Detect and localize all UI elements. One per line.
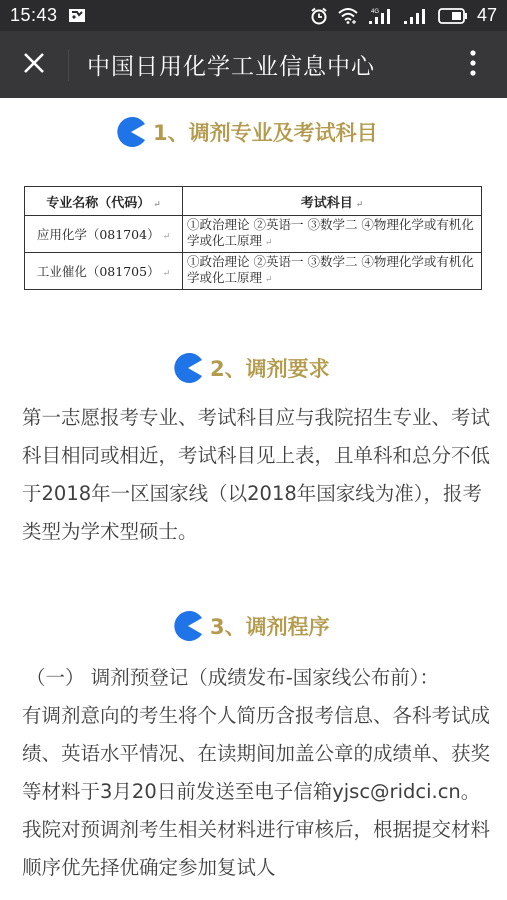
close-icon [23,52,45,78]
table-cell-major: 工业催化（081705）↵ [25,253,183,290]
exam-subjects-table: 专业名称（代码）↵ 考试科目↵ 应用化学（081704）↵ ①政治理论 ②英语一… [24,186,482,290]
procedure-subheading: （一） 调剂预登记（成绩发布-国家线公布前）： [26,659,494,697]
signal-icon [403,7,429,25]
status-time: 15:43 [10,5,58,26]
table-row: 应用化学（081704）↵ ①政治理论 ②英语一 ③数学二 ④物理化学或有机化学… [25,216,482,253]
table-header-exams: 考试科目↵ [183,187,482,216]
wifi-icon [337,7,359,24]
status-bar: 15:43 4G 47 [0,0,507,31]
table-cell-major: 应用化学（081704）↵ [25,216,183,253]
requirements-paragraph: 第一志愿报考专业、考试科目应与我院招生专业、考试科目相同或相近，考试科目见上表，… [22,399,490,551]
svg-text:4G: 4G [371,9,379,15]
table-cell-exams: ①政治理论 ②英语一 ③数学二 ④物理化学或有机化学或化工原理↵ [183,216,482,253]
section-heading-text: 2、调剂要求 [210,353,330,383]
table-cell-exams: ①政治理论 ②英语一 ③数学二 ④物理化学或有机化学或化工原理↵ [183,253,482,290]
table-header-row: 专业名称（代码）↵ 考试科目↵ [25,187,482,216]
image-notification-icon [68,8,86,23]
table-row: 工业催化（081705）↵ ①政治理论 ②英语一 ③数学二 ④物理化学或有机化学… [25,253,482,290]
page-title: 中国日用化学工业信息中心 [69,48,439,81]
procedure-paragraph: 有调剂意向的考生将个人简历含报考信息、各科考试成绩、英语水平情况、在读期间加盖公… [22,697,490,887]
section-heading-2: 2、调剂要求 [172,352,330,384]
signal-4g-icon: 4G [368,7,394,25]
pacman-bullet-icon [172,610,204,642]
section-heading-text: 1、调剂专业及考试科目 [153,117,378,147]
pacman-bullet-icon [115,116,147,148]
close-button[interactable] [0,31,68,98]
alarm-icon [310,7,328,25]
more-vertical-icon [469,50,477,80]
battery-level: 47 [477,5,497,26]
table-header-major: 专业名称（代码）↵ [25,187,183,216]
title-bar: 中国日用化学工业信息中心 [0,31,507,98]
battery-icon [438,8,468,24]
section-heading-3: 3、调剂程序 [172,610,330,642]
section-heading-text: 3、调剂程序 [210,611,330,641]
pacman-bullet-icon [172,352,204,384]
more-options-button[interactable] [439,31,507,98]
section-heading-1: 1、调剂专业及考试科目 [115,116,378,148]
